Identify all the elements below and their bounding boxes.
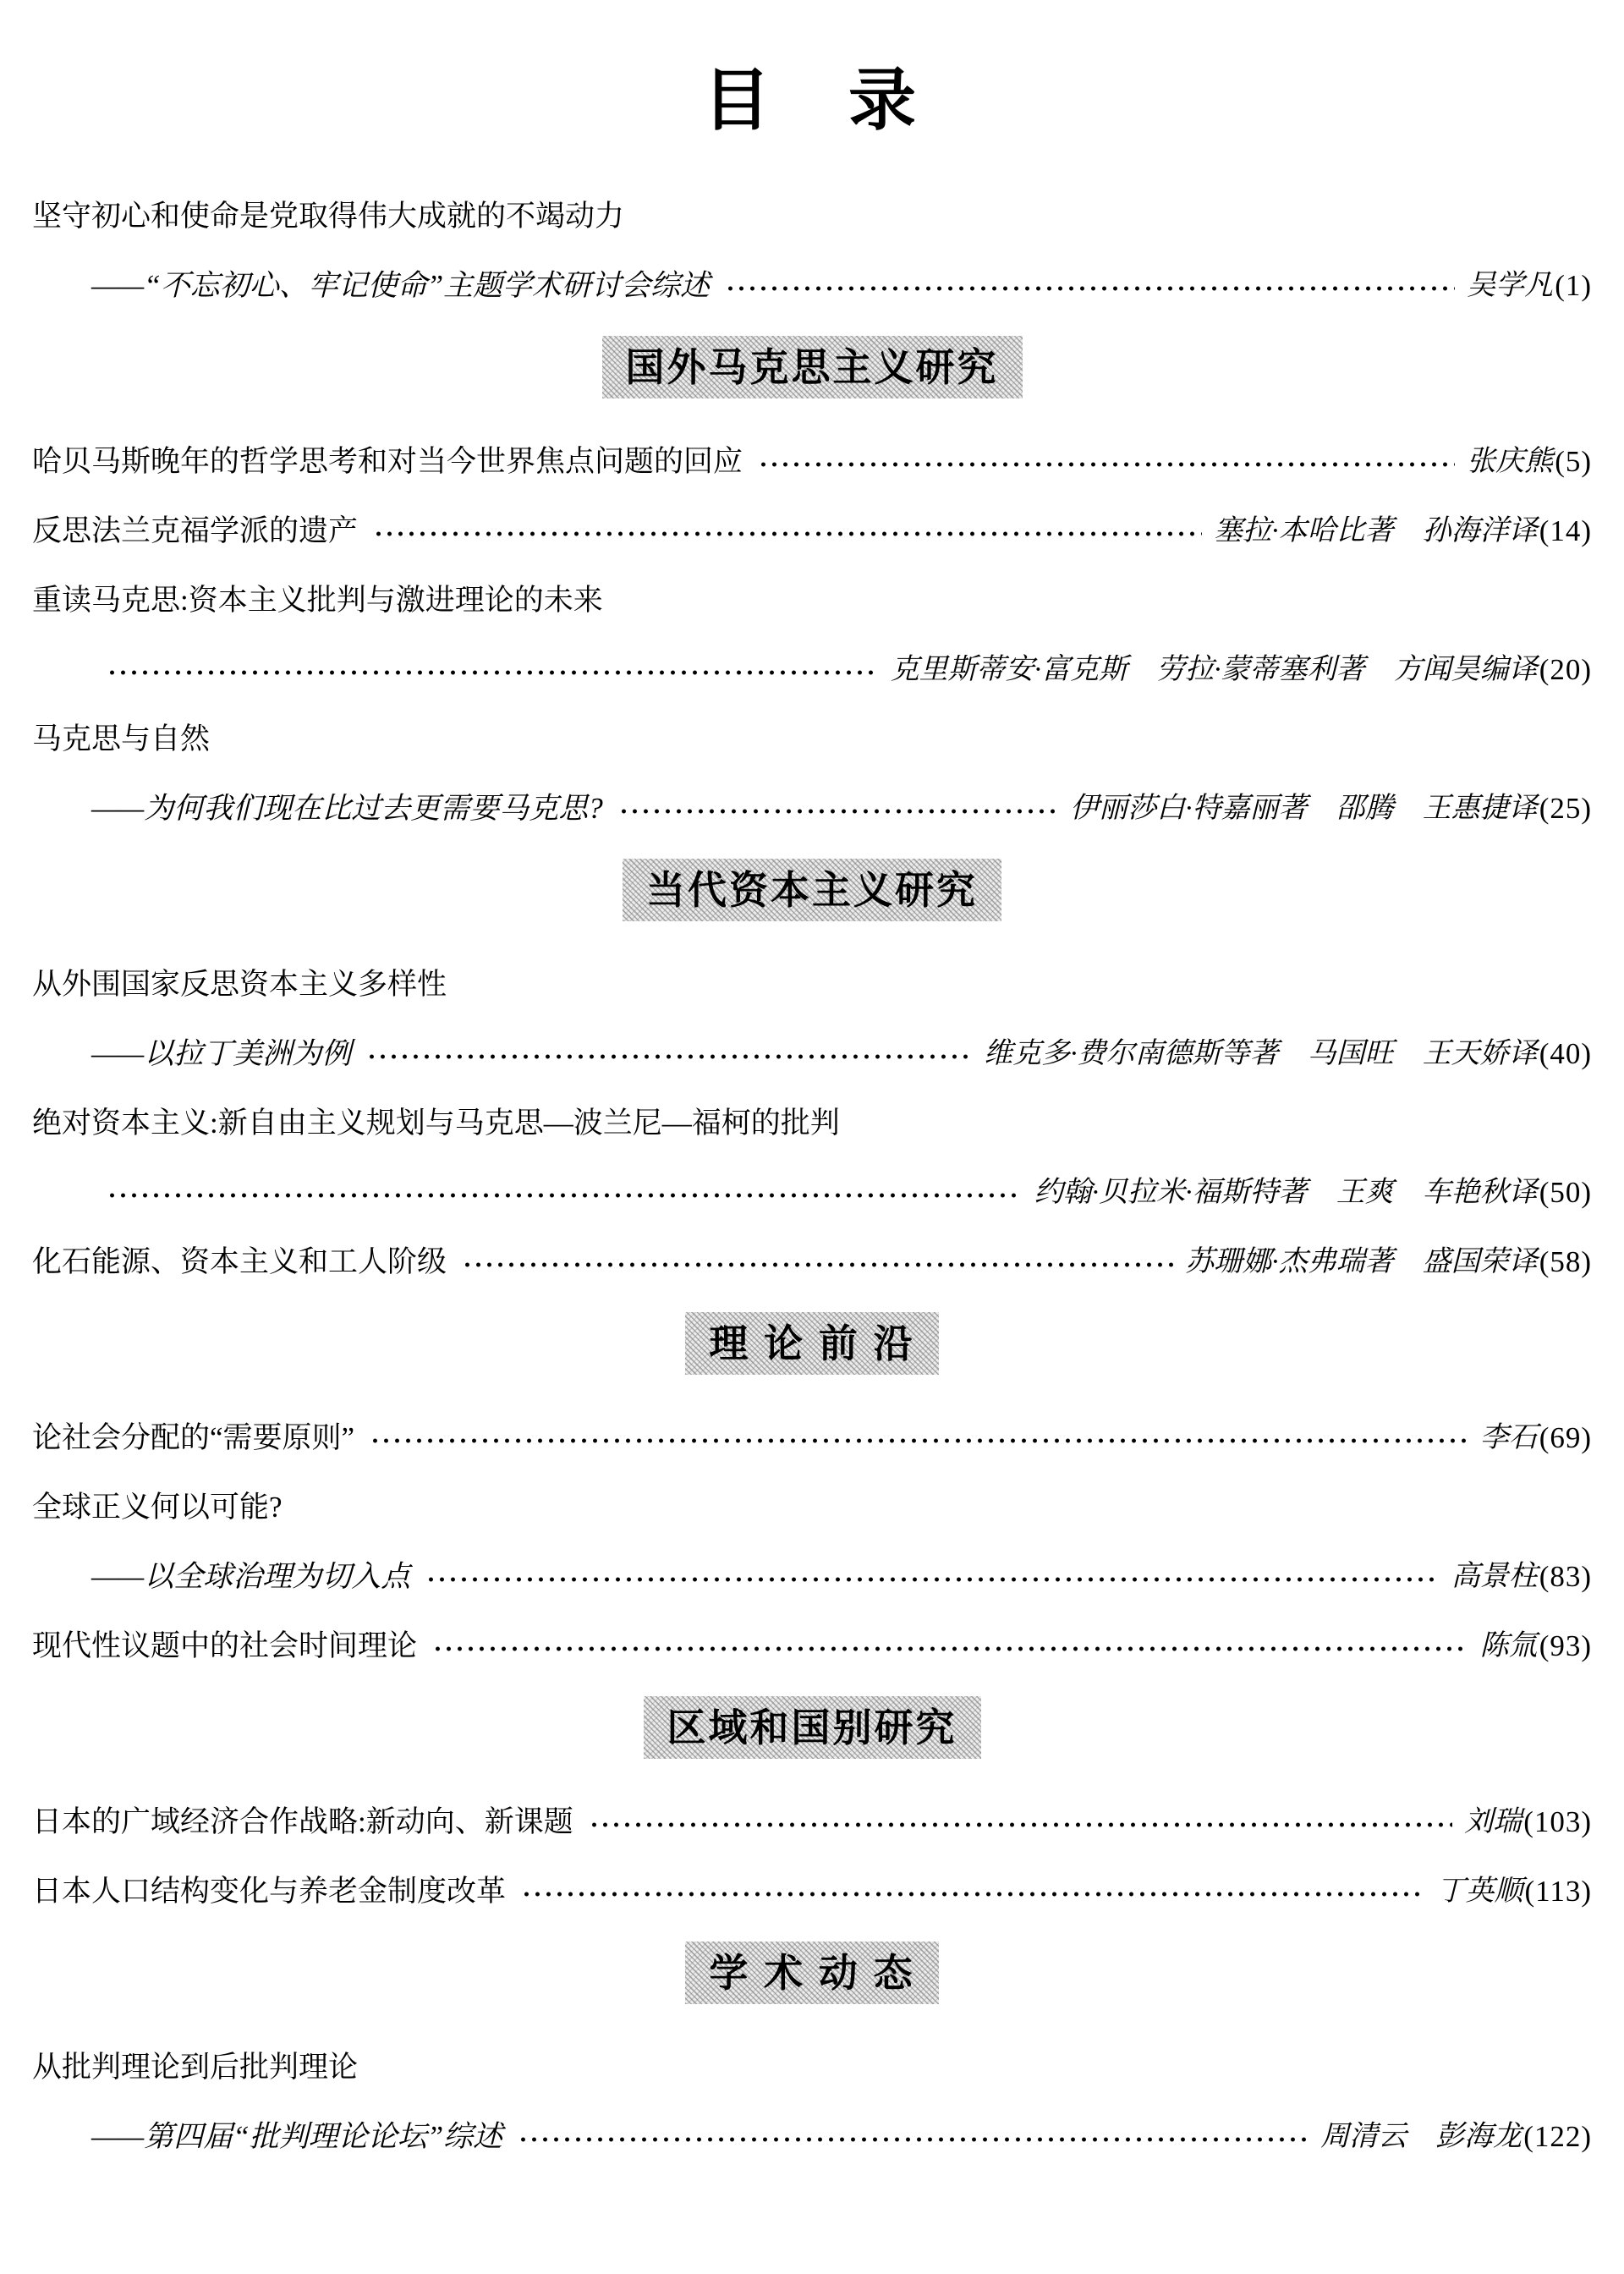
toc-row: 约翰·贝拉米·福斯特著 王爽 车艳秋译(50): [32, 1172, 1592, 1214]
entry-authors: 吴学凡: [1467, 265, 1553, 307]
toc-rows: 坚守初心和使命是党取得伟大成就的不竭动力——“不忘初心、牢记使命”主题学术研讨会…: [32, 195, 1592, 2158]
page-title: 目 录: [32, 46, 1592, 143]
entry-title: 哈贝马斯晚年的哲学思考和对当今世界焦点问题的回应: [32, 441, 743, 483]
toc-page: 目 录 坚守初心和使命是党取得伟大成就的不竭动力——“不忘初心、牢记使命”主题学…: [0, 0, 1624, 2158]
section-header: 理 论 前 沿: [685, 1312, 938, 1375]
dotted-leader: [725, 283, 1455, 294]
entry-authors: 张庆熊: [1467, 441, 1553, 483]
toc-row: ——“不忘初心、牢记使命”主题学术研讨会综述吴学凡(1): [32, 265, 1592, 307]
entry-title: 现代性议题中的社会时间理论: [32, 1625, 417, 1667]
entry-page-number: (58): [1539, 1241, 1592, 1283]
toc-row: 从批判理论到后批判理论: [32, 2046, 1592, 2089]
toc-row: 坚守初心和使命是党取得伟大成就的不竭动力: [32, 195, 1592, 238]
section-header: 区域和国别研究: [644, 1696, 981, 1759]
entry-subtitle: ——“不忘初心、牢记使命”主题学术研讨会综述: [91, 265, 710, 307]
toc-row: 论社会分配的“需要原则”李石(69): [32, 1417, 1592, 1459]
toc-section-row: 学 术 动 态: [32, 1942, 1592, 2004]
dotted-leader: [462, 1259, 1173, 1271]
dotted-leader: [107, 1189, 1023, 1201]
entry-title: 日本人口结构变化与养老金制度改革: [32, 1870, 506, 1913]
dotted-leader: [432, 1643, 1468, 1655]
toc-row: 全球正义何以可能?: [32, 1486, 1592, 1529]
entry-page-number: (113): [1524, 1870, 1592, 1913]
toc-section-row: 国外马克思主义研究: [32, 336, 1592, 398]
section-header: 国外马克思主义研究: [602, 336, 1023, 398]
entry-title: 论社会分配的“需要原则”: [32, 1417, 354, 1459]
entry-page-number: (93): [1539, 1625, 1592, 1667]
toc-section-row: 区域和国别研究: [32, 1696, 1592, 1759]
entry-page-number: (25): [1539, 788, 1592, 830]
toc-row: ——第四届“批判理论论坛”综述周清云 彭海龙(122): [32, 2116, 1592, 2158]
entry-page-number: (1): [1555, 265, 1592, 307]
entry-authors: 周清云 彭海龙: [1320, 2116, 1522, 2158]
entry-title: 绝对资本主义:新自由主义规划与马克思—波兰尼—福柯的批判: [32, 1102, 840, 1145]
dotted-leader: [366, 1051, 972, 1063]
entry-title: 重读马克思:资本主义批判与激进理论的未来: [32, 579, 603, 622]
dotted-leader: [618, 805, 1058, 817]
entry-authors: 高景柱: [1451, 1556, 1538, 1598]
toc-section-row: 理 论 前 沿: [32, 1312, 1592, 1375]
toc-row: 克里斯蒂安·富克斯 劳拉·蒙蒂塞利著 方闻昊编译(20): [32, 649, 1592, 691]
entry-authors: 克里斯蒂安·富克斯 劳拉·蒙蒂塞利著 方闻昊编译: [891, 649, 1538, 691]
toc-row: 反思法兰克福学派的遗产塞拉·本哈比著 孙海洋译(14): [32, 510, 1592, 552]
toc-row: 现代性议题中的社会时间理论陈氚(93): [32, 1625, 1592, 1667]
toc-row: 哈贝马斯晚年的哲学思考和对当今世界焦点问题的回应张庆熊(5): [32, 441, 1592, 483]
entry-title: 反思法兰克福学派的遗产: [32, 510, 358, 552]
entry-page-number: (50): [1539, 1172, 1592, 1214]
dotted-leader: [370, 1435, 1468, 1447]
dotted-leader: [425, 1574, 1439, 1585]
dotted-leader: [518, 2134, 1309, 2145]
entry-title: 日本的广域经济合作战略:新动向、新课题: [32, 1801, 573, 1843]
entry-subtitle: ——第四届“批判理论论坛”综述: [91, 2116, 502, 2158]
dotted-leader: [107, 667, 879, 678]
toc-row: 重读马克思:资本主义批判与激进理论的未来: [32, 579, 1592, 622]
dotted-leader: [521, 1888, 1424, 1900]
entry-authors: 刘瑞: [1464, 1801, 1522, 1843]
entry-authors: 约翰·贝拉米·福斯特著 王爽 车艳秋译: [1034, 1172, 1538, 1214]
entry-page-number: (20): [1539, 649, 1592, 691]
section-header: 学 术 动 态: [685, 1942, 938, 2004]
entry-authors: 丁英顺: [1436, 1870, 1522, 1913]
entry-page-number: (40): [1539, 1033, 1592, 1075]
entry-title: 化石能源、资本主义和工人阶级: [32, 1241, 447, 1283]
dotted-leader: [758, 459, 1455, 470]
toc-row: 马克思与自然: [32, 718, 1592, 761]
entry-title: 马克思与自然: [32, 718, 210, 761]
toc-row: ——以拉丁美洲为例维克多·费尔南德斯等著 马国旺 王天娇译(40): [32, 1033, 1592, 1075]
entry-title: 全球正义何以可能?: [32, 1486, 283, 1529]
entry-title: 从外围国家反思资本主义多样性: [32, 964, 447, 1006]
toc-row: 日本人口结构变化与养老金制度改革丁英顺(113): [32, 1870, 1592, 1913]
toc-section-row: 当代资本主义研究: [32, 859, 1592, 921]
entry-page-number: (83): [1539, 1556, 1592, 1598]
entry-authors: 苏珊娜·杰弗瑞著 盛国荣译: [1185, 1241, 1538, 1283]
entry-page-number: (69): [1539, 1417, 1592, 1459]
entry-page-number: (122): [1523, 2116, 1592, 2158]
entry-title: 坚守初心和使命是党取得伟大成就的不竭动力: [32, 195, 624, 238]
entry-authors: 维克多·费尔南德斯等著 马国旺 王天娇译: [984, 1033, 1538, 1075]
toc-row: 从外围国家反思资本主义多样性: [32, 964, 1592, 1006]
entry-page-number: (103): [1523, 1801, 1592, 1843]
entry-page-number: (5): [1555, 441, 1592, 483]
entry-subtitle: ——以拉丁美洲为例: [91, 1033, 351, 1075]
dotted-leader: [589, 1819, 1452, 1831]
entry-title: 从批判理论到后批判理论: [32, 2046, 358, 2089]
toc-row: ——为何我们现在比过去更需要马克思?伊丽莎白·特嘉丽著 邵腾 王惠捷译(25): [32, 788, 1592, 830]
entry-subtitle: ——为何我们现在比过去更需要马克思?: [91, 788, 603, 830]
section-header: 当代资本主义研究: [623, 859, 1001, 921]
entry-page-number: (14): [1539, 510, 1592, 552]
toc-row: 化石能源、资本主义和工人阶级苏珊娜·杰弗瑞著 盛国荣译(58): [32, 1241, 1592, 1283]
entry-authors: 陈氚: [1480, 1625, 1538, 1667]
entry-subtitle: ——以全球治理为切入点: [91, 1556, 410, 1598]
toc-row: 绝对资本主义:新自由主义规划与马克思—波兰尼—福柯的批判: [32, 1102, 1592, 1145]
toc-row: 日本的广域经济合作战略:新动向、新课题刘瑞(103): [32, 1801, 1592, 1843]
entry-authors: 伊丽莎白·特嘉丽著 邵腾 王惠捷译: [1070, 788, 1538, 830]
entry-authors: 李石: [1480, 1417, 1538, 1459]
entry-authors: 塞拉·本哈比著 孙海洋译: [1214, 510, 1538, 552]
dotted-leader: [373, 528, 1202, 540]
toc-row: ——以全球治理为切入点高景柱(83): [32, 1556, 1592, 1598]
